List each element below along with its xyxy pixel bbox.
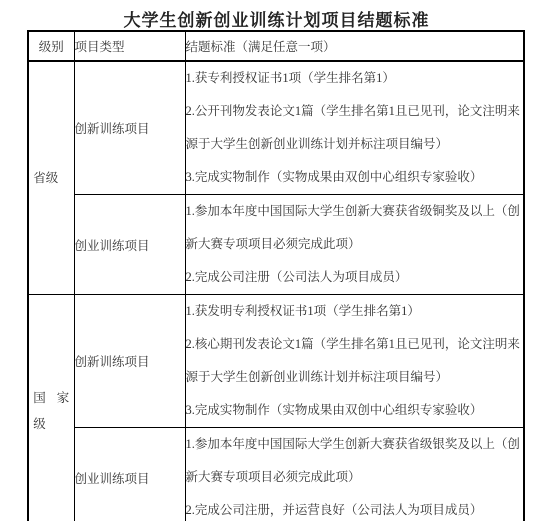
project-type-cell: 创业训练项目	[74, 428, 185, 521]
header-criteria: 结题标准（满足任意一项）	[185, 31, 524, 61]
header-level: 级别	[28, 31, 74, 61]
criterion-item: 1.获专利授权证书1项（学生排名第1）	[186, 62, 524, 95]
level-cell-provincial: 省级	[28, 61, 74, 295]
criterion-item: 3.完成实物制作（实物成果由双创中心组织专家验收）	[186, 394, 524, 427]
document-title: 大学生创新创业训练计划项目结题标准	[0, 6, 553, 31]
header-project-type: 项目类型	[74, 31, 185, 61]
criteria-cell: 1.获专利授权证书1项（学生排名第1） 2.公开刊物发表论文1篇（学生排名第1且…	[185, 61, 524, 195]
project-type-cell: 创业训练项目	[74, 195, 185, 295]
level-label-national: 国家级	[33, 385, 69, 437]
level-cell-national: 国家级	[28, 295, 74, 521]
criterion-item: 1.参加本年度中国国际大学生创新大赛获省级铜奖及以上（创新大赛专项项目必须完成此…	[186, 195, 524, 261]
criteria-table: 级别 项目类型 结题标准（满足任意一项） 省级 创新训练项目 1.获专利授权证书…	[27, 30, 525, 521]
table-row: 创业训练项目 1.参加本年度中国国际大学生创新大赛获省级铜奖及以上（创新大赛专项…	[28, 195, 524, 295]
criteria-cell: 1.获发明专利授权证书1项（学生排名第1） 2.核心期刊发表论文1篇（学生排名第…	[185, 295, 524, 428]
table-row: 创业训练项目 1.参加本年度中国国际大学生创新大赛获省级银奖及以上（创新大赛专项…	[28, 428, 524, 521]
criterion-item: 2.公开刊物发表论文1篇（学生排名第1且已见刊，论文注明来源于大学生创新创业训练…	[186, 95, 524, 161]
criterion-item: 3.完成实物制作（实物成果由双创中心组织专家验收）	[186, 161, 524, 194]
criterion-item: 2.完成公司注册，并运营良好（公司法人为项目成员）	[186, 494, 524, 521]
criterion-item: 2.完成公司注册（公司法人为项目成员）	[186, 261, 524, 294]
table-row: 省级 创新训练项目 1.获专利授权证书1项（学生排名第1） 2.公开刊物发表论文…	[28, 61, 524, 195]
criterion-item: 1.获发明专利授权证书1项（学生排名第1）	[186, 295, 524, 328]
criterion-item: 1.参加本年度中国国际大学生创新大赛获省级银奖及以上（创新大赛专项项目必须完成此…	[186, 428, 524, 494]
table-row: 国家级 创新训练项目 1.获发明专利授权证书1项（学生排名第1） 2.核心期刊发…	[28, 295, 524, 428]
criteria-cell: 1.参加本年度中国国际大学生创新大赛获省级银奖及以上（创新大赛专项项目必须完成此…	[185, 428, 524, 521]
table-header-row: 级别 项目类型 结题标准（满足任意一项）	[28, 31, 524, 61]
project-type-cell: 创新训练项目	[74, 61, 185, 195]
criterion-item: 2.核心期刊发表论文1篇（学生排名第1且已见刊，论文注明来源于大学生创新创业训练…	[186, 328, 524, 394]
criteria-cell: 1.参加本年度中国国际大学生创新大赛获省级铜奖及以上（创新大赛专项项目必须完成此…	[185, 195, 524, 295]
level-label-provincial: 省级	[33, 165, 69, 191]
project-type-cell: 创新训练项目	[74, 295, 185, 428]
